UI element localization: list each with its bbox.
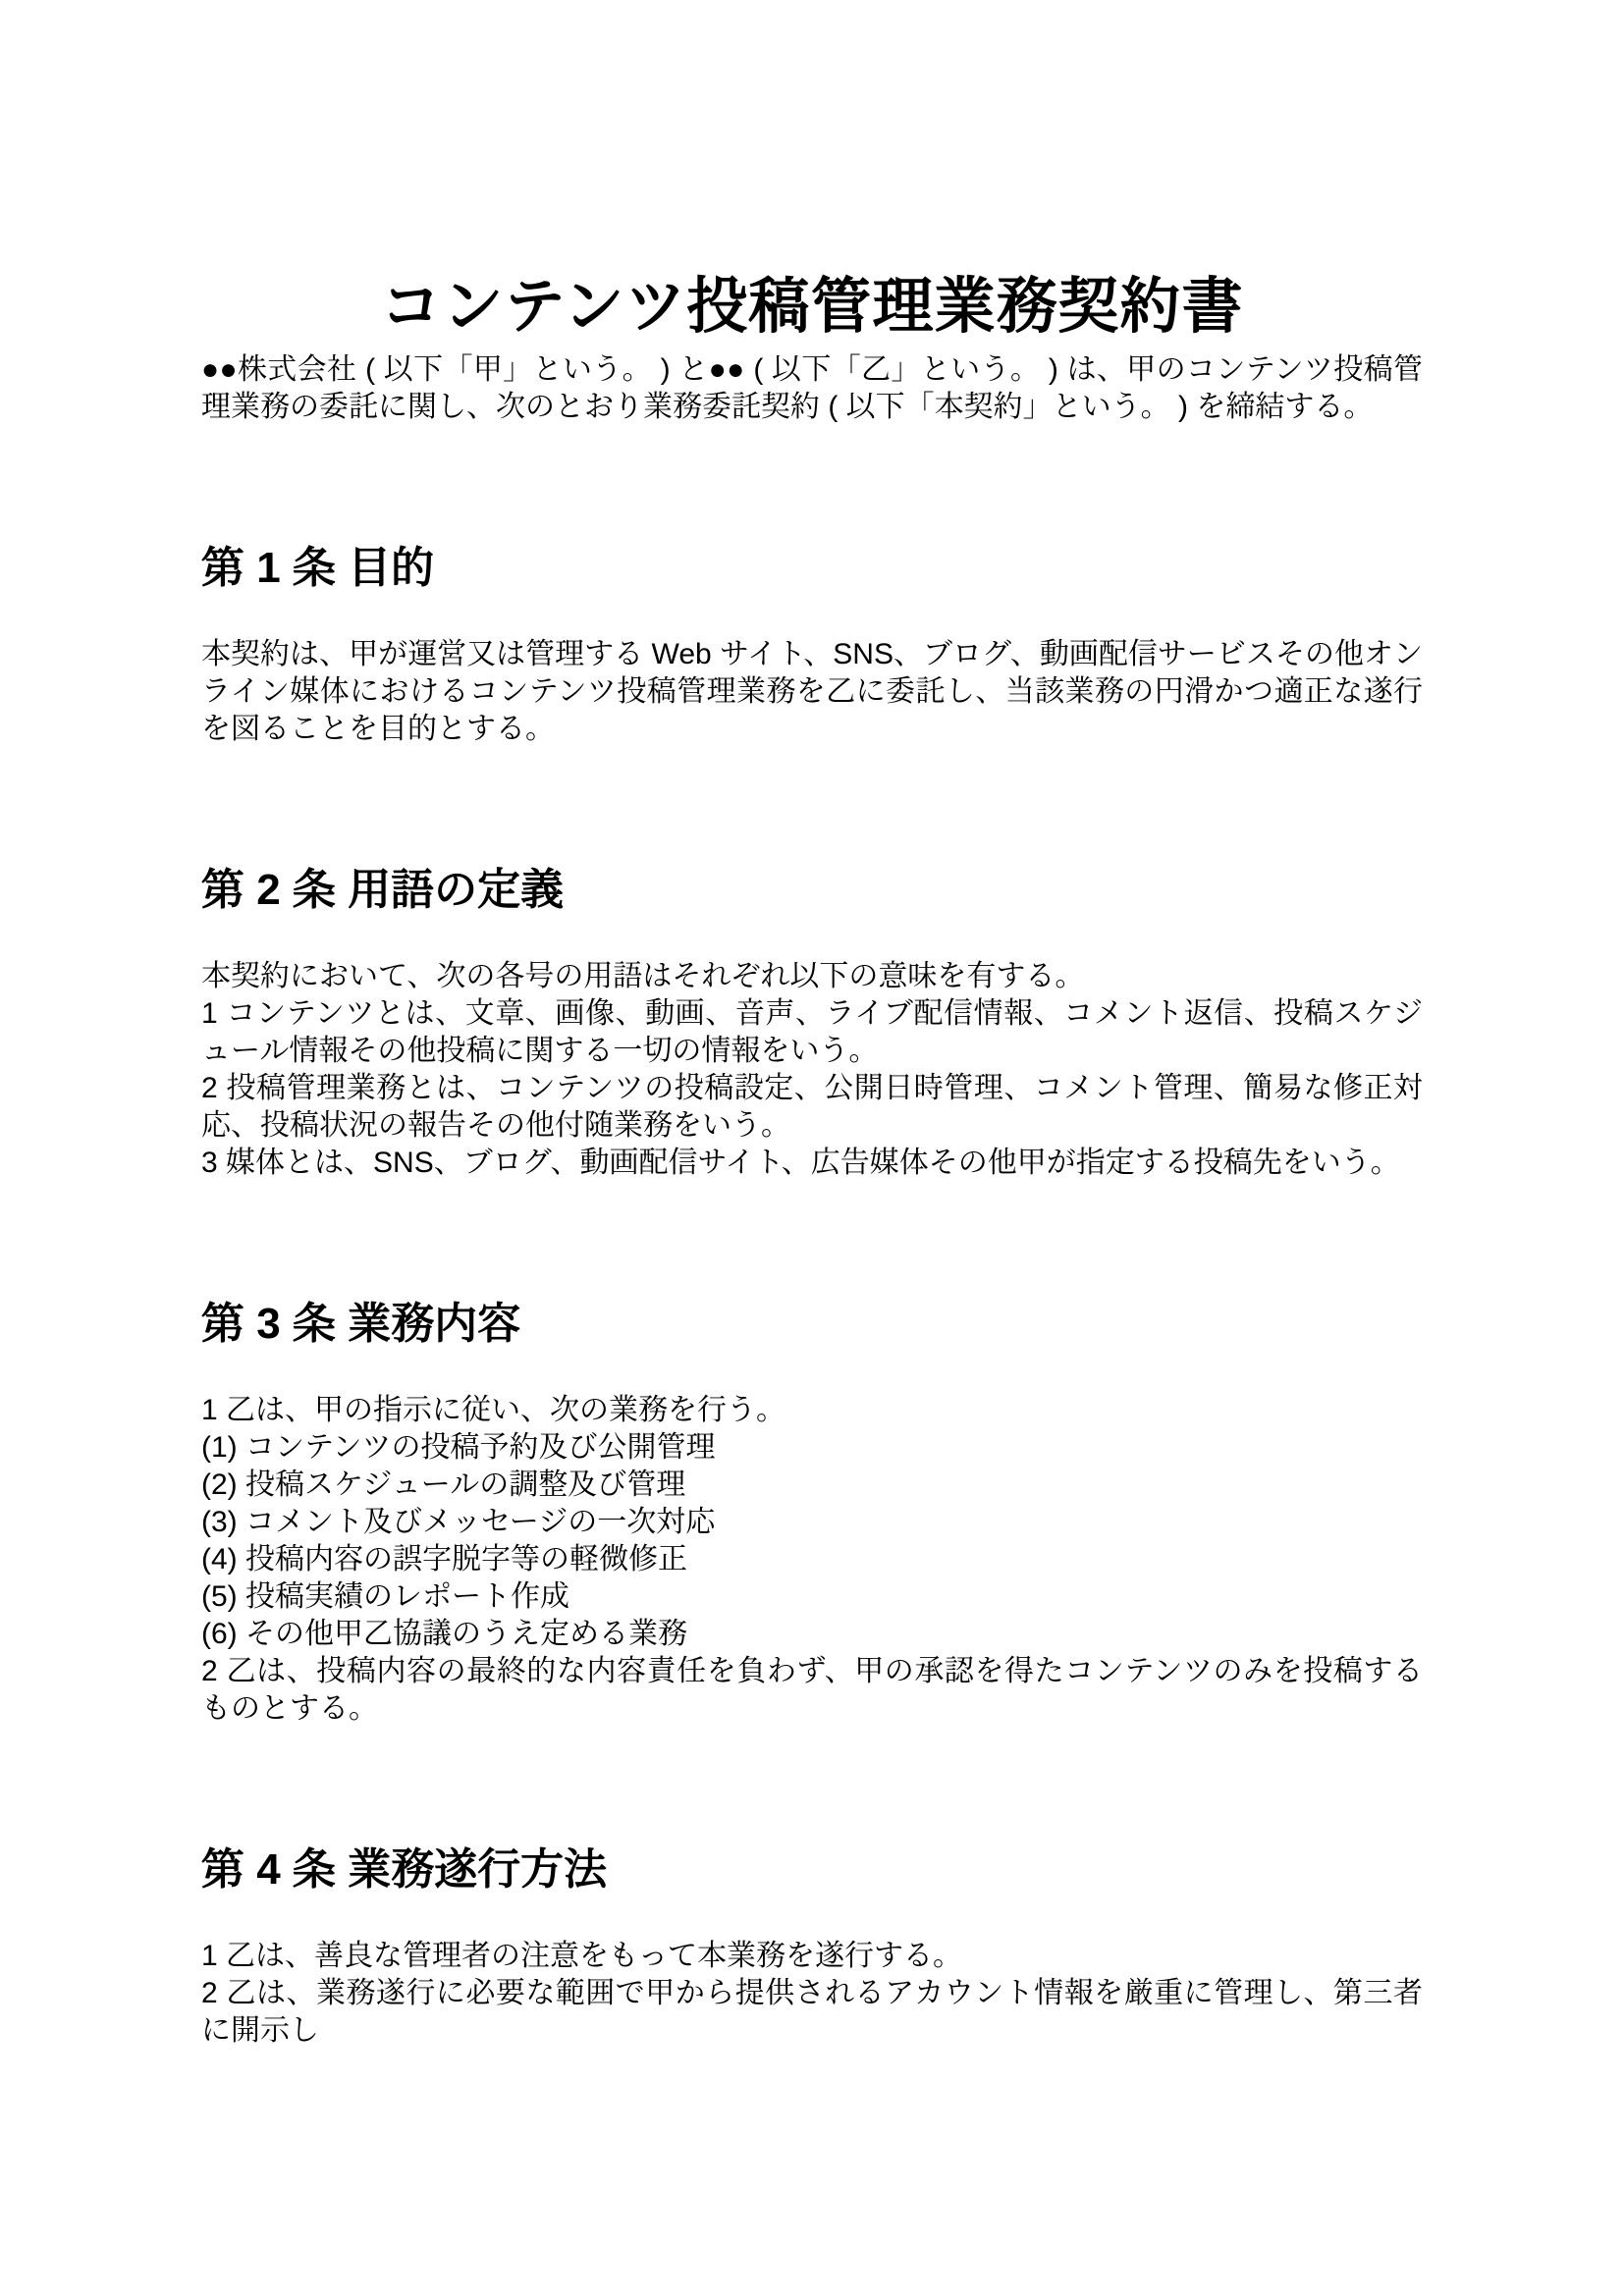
- list-item: (5) 投稿実績のレポート作成: [201, 1578, 1423, 1616]
- list-item: (2) 投稿スケジュールの調整及び管理: [201, 1467, 1423, 1504]
- paragraph: 1 乙は、善良な管理者の注意をもって本業務を遂行する。: [201, 1938, 1423, 1975]
- paragraph: 2 乙は、投稿内容の最終的な内容責任を負わず、甲の承認を得たコンテンツのみを投稿…: [201, 1653, 1423, 1728]
- section-body-article-3: 1 乙は、甲の指示に従い、次の業務を行う。 (1) コンテンツの投稿予約及び公開…: [201, 1392, 1423, 1728]
- list-item: (6) その他甲乙協議のうえ定める業務: [201, 1616, 1423, 1653]
- paragraph: 本契約において、次の各号の用語はそれぞれ以下の意味を有する。: [201, 958, 1423, 995]
- intro-paragraph: ●●株式会社 ( 以下「甲」という。 ) と●● ( 以下「乙」という。 ) は…: [201, 351, 1423, 426]
- list-item: (4) 投稿内容の誤字脱字等の軽微修正: [201, 1541, 1423, 1578]
- paragraph: 本契約は、甲が運営又は管理する Web サイト、SNS、ブログ、動画配信サービス…: [201, 636, 1423, 748]
- section-body-article-1: 本契約は、甲が運営又は管理する Web サイト、SNS、ブログ、動画配信サービス…: [201, 636, 1423, 748]
- section-heading-article-3: 第 3 条 業務内容: [201, 1298, 1423, 1351]
- paragraph: 1 コンテンツとは、文章、画像、動画、音声、ライブ配信情報、コメント返信、投稿ス…: [201, 995, 1423, 1070]
- section-heading-article-4: 第 4 条 業務遂行方法: [201, 1843, 1423, 1896]
- section-heading-article-1: 第 1 条 目的: [201, 542, 1423, 595]
- list-item: (3) コメント及びメッセージの一次対応: [201, 1504, 1423, 1541]
- list-item: (1) コンテンツの投稿予約及び公開管理: [201, 1429, 1423, 1467]
- section-body-article-4: 1 乙は、善良な管理者の注意をもって本業務を遂行する。 2 乙は、業務遂行に必要…: [201, 1938, 1423, 2050]
- paragraph: 2 投稿管理業務とは、コンテンツの投稿設定、公開日時管理、コメント管理、簡易な修…: [201, 1070, 1423, 1145]
- document-title: コンテンツ投稿管理業務契約書: [201, 263, 1423, 351]
- paragraph: 2 乙は、業務遂行に必要な範囲で甲から提供されるアカウント情報を厳重に管理し、第…: [201, 1975, 1423, 2050]
- document-page: コンテンツ投稿管理業務契約書 ●●株式会社 ( 以下「甲」という。 ) と●● …: [0, 0, 1624, 2296]
- paragraph: 3 媒体とは、SNS、ブログ、動画配信サイト、広告媒体その他甲が指定する投稿先を…: [201, 1145, 1423, 1182]
- paragraph: 1 乙は、甲の指示に従い、次の業務を行う。: [201, 1392, 1423, 1429]
- section-heading-article-2: 第 2 条 用語の定義: [201, 864, 1423, 917]
- section-body-article-2: 本契約において、次の各号の用語はそれぞれ以下の意味を有する。 1 コンテンツとは…: [201, 958, 1423, 1182]
